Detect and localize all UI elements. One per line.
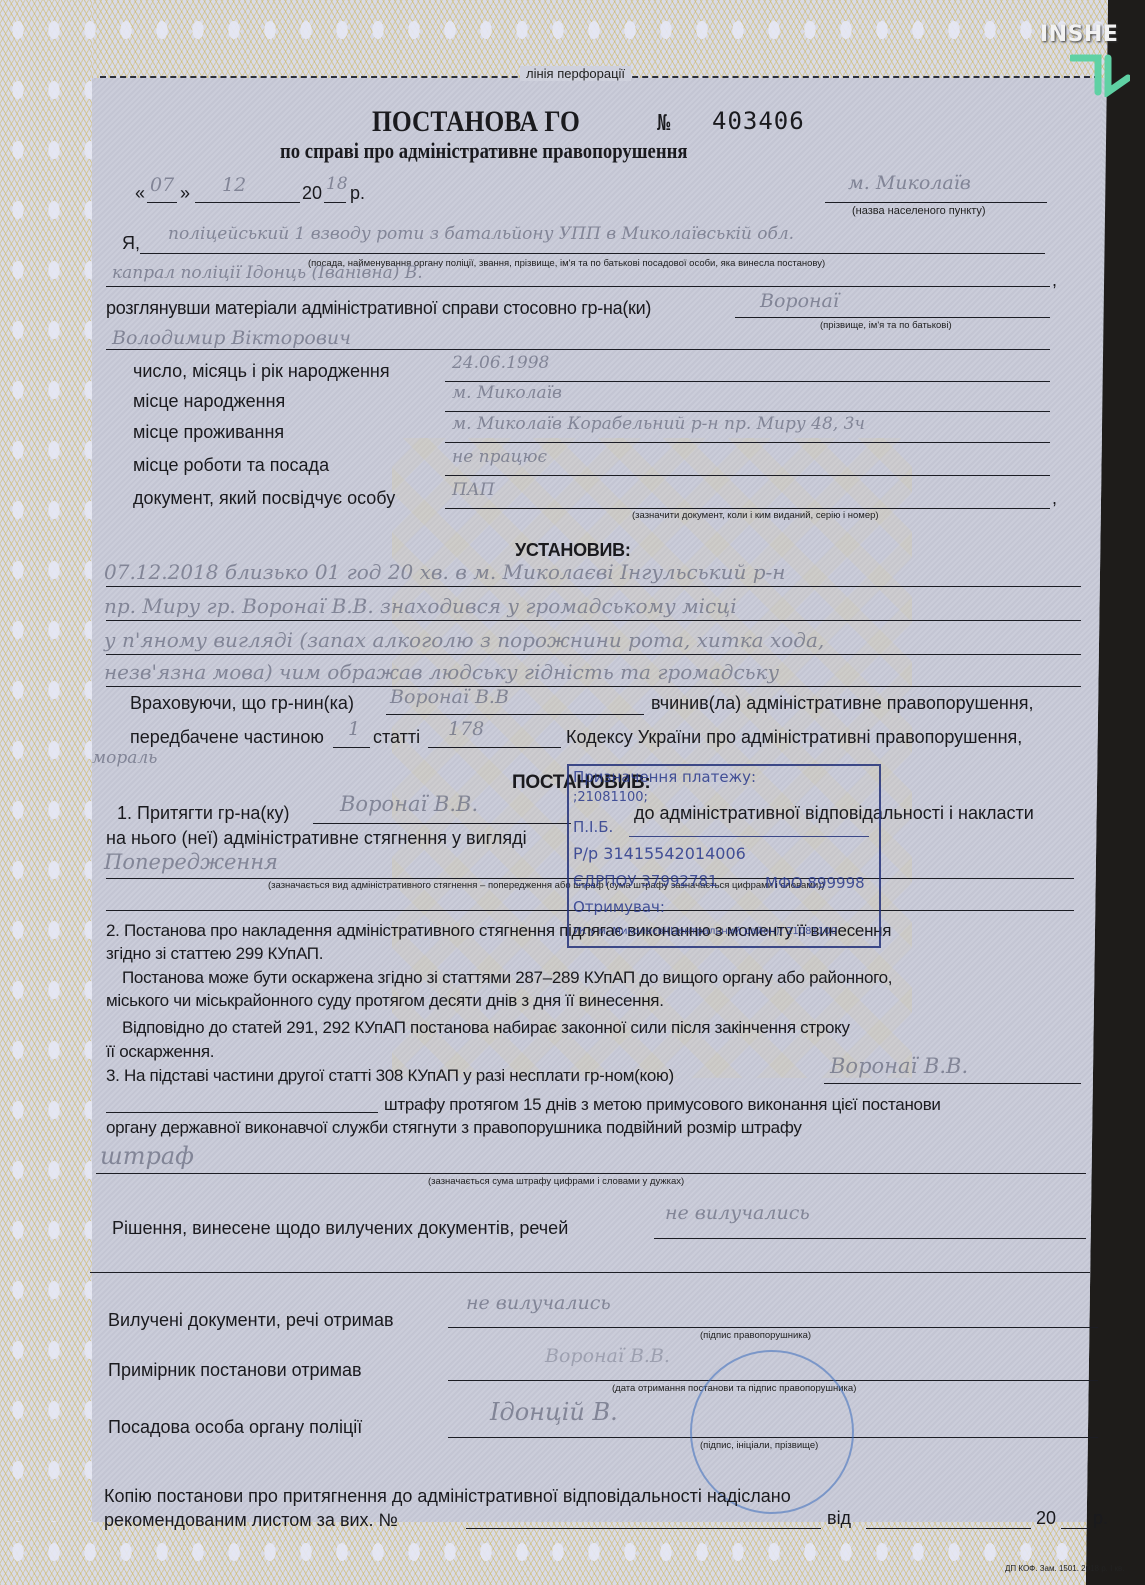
established-line-value: 07.12.2018 близько 01 год 20 хв. в м. Ми…: [104, 560, 785, 584]
item3-name-value: Воронаї В.В.: [830, 1054, 968, 1078]
penalty-value: Попередження: [104, 850, 278, 874]
personal-field-label: документ, який посвідчує особу: [133, 488, 395, 509]
decision-field: [654, 1238, 1086, 1239]
violation-name-field: [386, 714, 644, 715]
personal-field-value: не працює: [452, 447, 547, 467]
stamp-account: Р/р 31415542014006: [573, 844, 746, 863]
place-value: м. Миколаїв: [848, 172, 971, 194]
article-label: статті: [373, 727, 420, 748]
subject-name-value: Володимир Вікторович: [112, 327, 351, 349]
mail-line1: Копію постанови про притягнення до адмін…: [104, 1486, 791, 1507]
fine-field: [96, 1173, 1086, 1174]
personal-field-label: місце проживання: [133, 422, 284, 443]
personal-field-line: [445, 411, 1050, 412]
place-caption: (назва населеного пункту): [852, 205, 986, 217]
personal-field-value: м. Миколаїв: [452, 383, 562, 403]
stamp-mfo: МФО 899998: [765, 874, 865, 892]
established-line: [106, 586, 1081, 587]
item2-line2: згідно зі статтею 299 КУпАП.: [106, 944, 323, 964]
part-label: передбачене частиною: [130, 727, 324, 748]
item3-line3: органу державної виконавчої служби стягн…: [106, 1118, 802, 1138]
received-value: не вилучались: [466, 1292, 611, 1314]
officer-value-line1: поліцейський 1 взводу роти з батальйону …: [168, 224, 794, 244]
officer-prefix: Я,: [122, 233, 140, 254]
mail-date-field: [866, 1528, 1031, 1529]
violation-suffix: вчинив(ла) адміністративне правопорушенн…: [651, 693, 1034, 714]
date-year-unit: р.: [350, 183, 365, 204]
item1-name-field: [313, 823, 571, 824]
personal-field-line: [445, 442, 1050, 443]
violation-name-value: Воронаї В.В: [390, 686, 509, 708]
copy-received-label: Примірник постанови отримав: [108, 1360, 362, 1381]
decision-value: не вилучались: [665, 1202, 810, 1224]
mail-number-field: [466, 1528, 821, 1529]
personal-field-value: 24.06.1998: [452, 353, 549, 373]
officer-field-line2: [106, 286, 1050, 287]
received-caption: (підпис правопорушника): [700, 1330, 811, 1341]
personal-field-label: місце народження: [133, 391, 285, 412]
guilloche-border-left: [0, 0, 92, 1585]
force-line1: Відповідно до статей 291, 292 КУпАП пост…: [122, 1018, 850, 1038]
article-value: 178: [448, 718, 484, 740]
appeal-line1: Постанова може бути оскаржена згідно зі …: [122, 968, 892, 988]
inshe-logo: INSHE: [1040, 20, 1130, 100]
date-year-field: [324, 202, 346, 203]
part-field: [333, 747, 370, 748]
mail-year-prefix: 20: [1036, 1508, 1056, 1529]
payment-details-stamp: Призначення платежу: ;21081100; П.І.Б. Р…: [567, 764, 881, 948]
date-year-prefix: 20: [302, 183, 322, 204]
established-line: [106, 620, 1081, 621]
established-heading: УСТАНОВИВ:: [515, 540, 631, 561]
personal-field-line: [445, 475, 1050, 476]
officer-value-line2: капрал поліції Ідонць (Іванівна) В.: [112, 263, 423, 283]
date-month-field: [195, 202, 300, 203]
established-line-value: пр. Миру гр. Воронаї В.В. знаходився у г…: [104, 594, 737, 618]
subject-surname-value: Воронаї: [760, 290, 839, 312]
item3-line1: 3. На підставі частини другої статті 308…: [106, 1066, 674, 1086]
appeal-line2: міського чи міськрайонного суду протягом…: [106, 991, 664, 1011]
personal-field-line: [445, 381, 1050, 382]
stamp-edrpou: ЄДРПОУ 37992781: [573, 872, 718, 890]
received-label: Вилучені документи, речі отримав: [108, 1310, 394, 1331]
part-value: 1: [348, 718, 360, 740]
mail-line2: рекомендованим листом за вих. №: [104, 1510, 398, 1531]
mail-year-unit: р.: [1093, 1508, 1108, 1529]
mail-from-label: від: [827, 1508, 851, 1529]
established-line-value: незв'язна мова) чим ображав людську гідн…: [104, 660, 779, 684]
item3-name-field-cont: [106, 1112, 378, 1113]
established-line: [106, 654, 1081, 655]
personal-field-value: м. Миколаїв Корабельний р-н пр. Миру 48,…: [452, 414, 865, 434]
date-month-value: 12: [222, 174, 246, 196]
subject-label: розглянувши матеріали адміністративної с…: [106, 298, 651, 319]
established-line: [106, 686, 1081, 687]
mail-year-field: [1061, 1528, 1089, 1529]
stamp-recipient-label: Отримувач:: [573, 898, 665, 916]
article-field: [428, 747, 561, 748]
stamp-name-label: П.І.Б.: [573, 818, 613, 836]
date-close-quote: »: [180, 183, 190, 204]
print-code: ДП КОФ. Зам. 1501. 2018 р. І кв.: [1005, 1564, 1125, 1573]
personal-field-label: число, місяць і рік народження: [133, 361, 390, 382]
stamp-purpose-code: ;21081100;: [573, 790, 648, 805]
guilloche-border-bottom: [0, 1522, 1108, 1585]
subject-surname-field: [735, 317, 1050, 318]
personal-field-value: ПАП: [452, 480, 495, 500]
established-line-value: у п'яному вигляді (запах алкоголю з поро…: [104, 628, 824, 652]
form-title: ПОСТАНОВА ГО: [372, 105, 580, 139]
fine-caption: (зазначається сума штрафу цифрами і слов…: [428, 1176, 684, 1187]
form-subtitle: по справі про адміністративне правопоруш…: [280, 138, 688, 164]
date-open-quote: «: [135, 183, 145, 204]
date-day-value: 07: [150, 174, 174, 196]
received-field: [448, 1327, 1098, 1328]
logo-wordmark: INSHE: [1040, 22, 1118, 47]
officer-field-line1: [140, 253, 1045, 254]
violation-prefix: Враховуючи, що гр-нин(ка): [130, 693, 354, 714]
number-sign: №: [657, 111, 670, 136]
place-field: [825, 202, 1047, 203]
officer-sign-value: Ідонцій В.: [490, 1398, 618, 1426]
item3-name-field: [824, 1083, 1081, 1084]
personal-field-line: [445, 508, 1050, 509]
form-number: 403406: [712, 107, 805, 135]
item1-line2: на нього (неї) адміністративне стягнення…: [106, 828, 527, 849]
fine-value: штраф: [100, 1142, 194, 1170]
decision-field-line2: [90, 1272, 1090, 1273]
officer-sign-label: Посадова особа органу поліції: [108, 1417, 362, 1438]
date-day-field: [147, 202, 177, 203]
date-year-value: 18: [326, 174, 348, 194]
item1-prefix: 1. Притягти гр-на(ку): [117, 803, 289, 824]
stamp-purpose-label: Призначення платежу:: [573, 768, 756, 786]
margin-note: мораль: [92, 748, 157, 768]
item1-name-value: Воронаї В.В.: [340, 792, 478, 816]
subject-caption: (прізвище, ім'я та по батькові): [820, 320, 952, 331]
personal-field-label: місце роботи та посада: [133, 455, 329, 476]
copy-received-value: Воронаї В.В.: [545, 1345, 670, 1367]
subject-name-field: [106, 349, 1050, 350]
document-caption: (зазначити документ, коли і ким виданий,…: [632, 510, 879, 521]
logo-mark-icon: [1070, 52, 1130, 97]
code-label: Кодексу України про адміністративні прав…: [566, 727, 1022, 748]
stamp-recipient: УК у м. Миколаєві(Центральний район)/ 21…: [573, 926, 837, 937]
decision-label: Рішення, винесене щодо вилучених докумен…: [112, 1218, 568, 1239]
item3-line2: штрафу протягом 15 днів з метою примусов…: [384, 1095, 941, 1115]
perforation-label: лінія перфорації: [520, 66, 631, 81]
force-line2: її оскарження.: [106, 1042, 214, 1062]
